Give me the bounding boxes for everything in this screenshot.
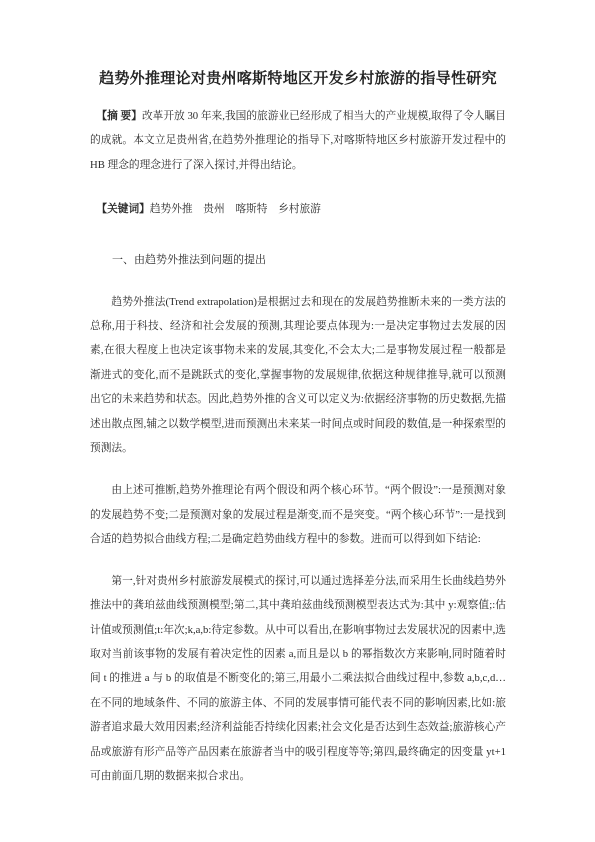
- document-page: 趋势外推理论对贵州喀斯特地区开发乡村旅游的指导性研究 【摘 要】改革开放 30 …: [0, 0, 595, 842]
- abstract-label: 【摘 要】: [96, 110, 142, 122]
- abstract-paragraph: 【摘 要】改革开放 30 年来,我国的旅游业已经形成了相当大的产业规模,取得了令…: [90, 104, 506, 177]
- abstract-text: 改革开放 30 年来,我国的旅游业已经形成了相当大的产业规模,取得了令人瞩目的成…: [90, 110, 506, 171]
- body-paragraph-1: 趋势外推法(Trend extrapolation)是根据过去和现在的发展趋势推…: [90, 290, 506, 461]
- keywords-line: 【关键词】趋势外推 贵州 喀斯特 乡村旅游: [90, 197, 506, 221]
- body-paragraph-3: 第一,针对贵州乡村旅游发展模式的探讨,可以通过选择差分法,而采用生长曲线趋势外推…: [90, 569, 506, 789]
- section-heading: 一、由趋势外推法到问题的提出: [90, 251, 506, 269]
- keywords-text: 趋势外推 贵州 喀斯特 乡村旅游: [150, 203, 321, 215]
- keywords-label: 【关键词】: [96, 203, 149, 215]
- document-title: 趋势外推理论对贵州喀斯特地区开发乡村旅游的指导性研究: [90, 66, 506, 92]
- body-paragraph-2: 由上述可推断,趋势外推理论有两个假设和两个核心环节。“两个假设”:一是预测对象的…: [90, 478, 506, 551]
